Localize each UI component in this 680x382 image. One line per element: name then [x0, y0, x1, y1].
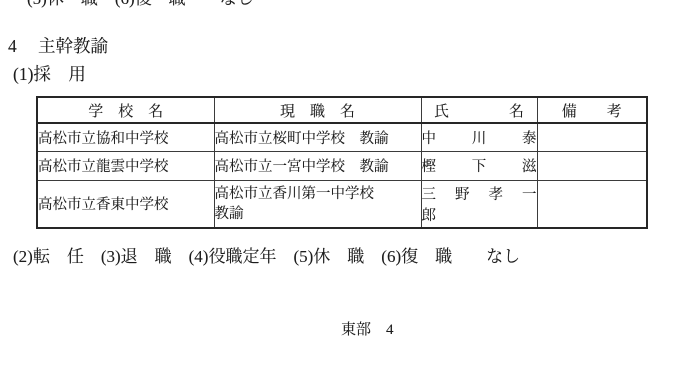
table-header-row: 学 校 名 現 職 名 氏 名 備 考	[37, 97, 647, 123]
previous-section-cutoff-line: (5)休 職 (6)復 職 なし	[27, 0, 254, 9]
subsection-heading-recruitment: (1)採 用	[13, 61, 86, 86]
other-categories-none-line: (2)転 任 (3)退 職 (4)役職定年 (5)休 職 (6)復 職 なし	[13, 242, 520, 267]
col-header-person-name: 氏 名	[421, 97, 537, 123]
col-header-current-position: 現 職 名	[214, 97, 421, 123]
section-title: 主幹教諭	[38, 36, 108, 56]
cell-remarks	[537, 180, 647, 228]
footer-label: 東部 4	[341, 322, 394, 338]
cell-current-position: 高松市立桜町中学校 教諭	[214, 123, 421, 151]
cell-person-name: 樫 下 滋	[421, 151, 537, 180]
cell-school-name: 高松市立香東中学校	[37, 180, 214, 228]
section-number: 4	[8, 36, 38, 57]
document-page: (5)休 職 (6)復 職 なし 4主幹教諭 (1)採 用 学 校 名 現 職 …	[0, 0, 680, 382]
page-footer: 東部 4	[341, 318, 394, 339]
cell-remarks	[537, 151, 647, 180]
cell-remarks	[537, 123, 647, 151]
appointment-table: 学 校 名 現 職 名 氏 名 備 考 高松市立協和中学校 高松市立桜町中学校 …	[36, 96, 648, 229]
table-row: 高松市立協和中学校 高松市立桜町中学校 教諭 中 川 泰	[37, 123, 647, 151]
section-heading: 4主幹教諭	[8, 33, 108, 58]
table-row: 高松市立龍雲中学校 高松市立一宮中学校 教諭 樫 下 滋	[37, 151, 647, 180]
cell-person-name: 三 野 孝 一 郎	[421, 180, 537, 228]
cell-person-name: 中 川 泰	[421, 123, 537, 151]
col-header-remarks: 備 考	[537, 97, 647, 123]
cell-school-name: 高松市立龍雲中学校	[37, 151, 214, 180]
cell-current-position: 高松市立香川第一中学校 教諭	[214, 180, 421, 228]
cell-current-position: 高松市立一宮中学校 教諭	[214, 151, 421, 180]
table-row: 高松市立香東中学校 高松市立香川第一中学校 教諭 三 野 孝 一 郎	[37, 180, 647, 228]
cell-school-name: 高松市立協和中学校	[37, 123, 214, 151]
col-header-school-name: 学 校 名	[37, 97, 214, 123]
